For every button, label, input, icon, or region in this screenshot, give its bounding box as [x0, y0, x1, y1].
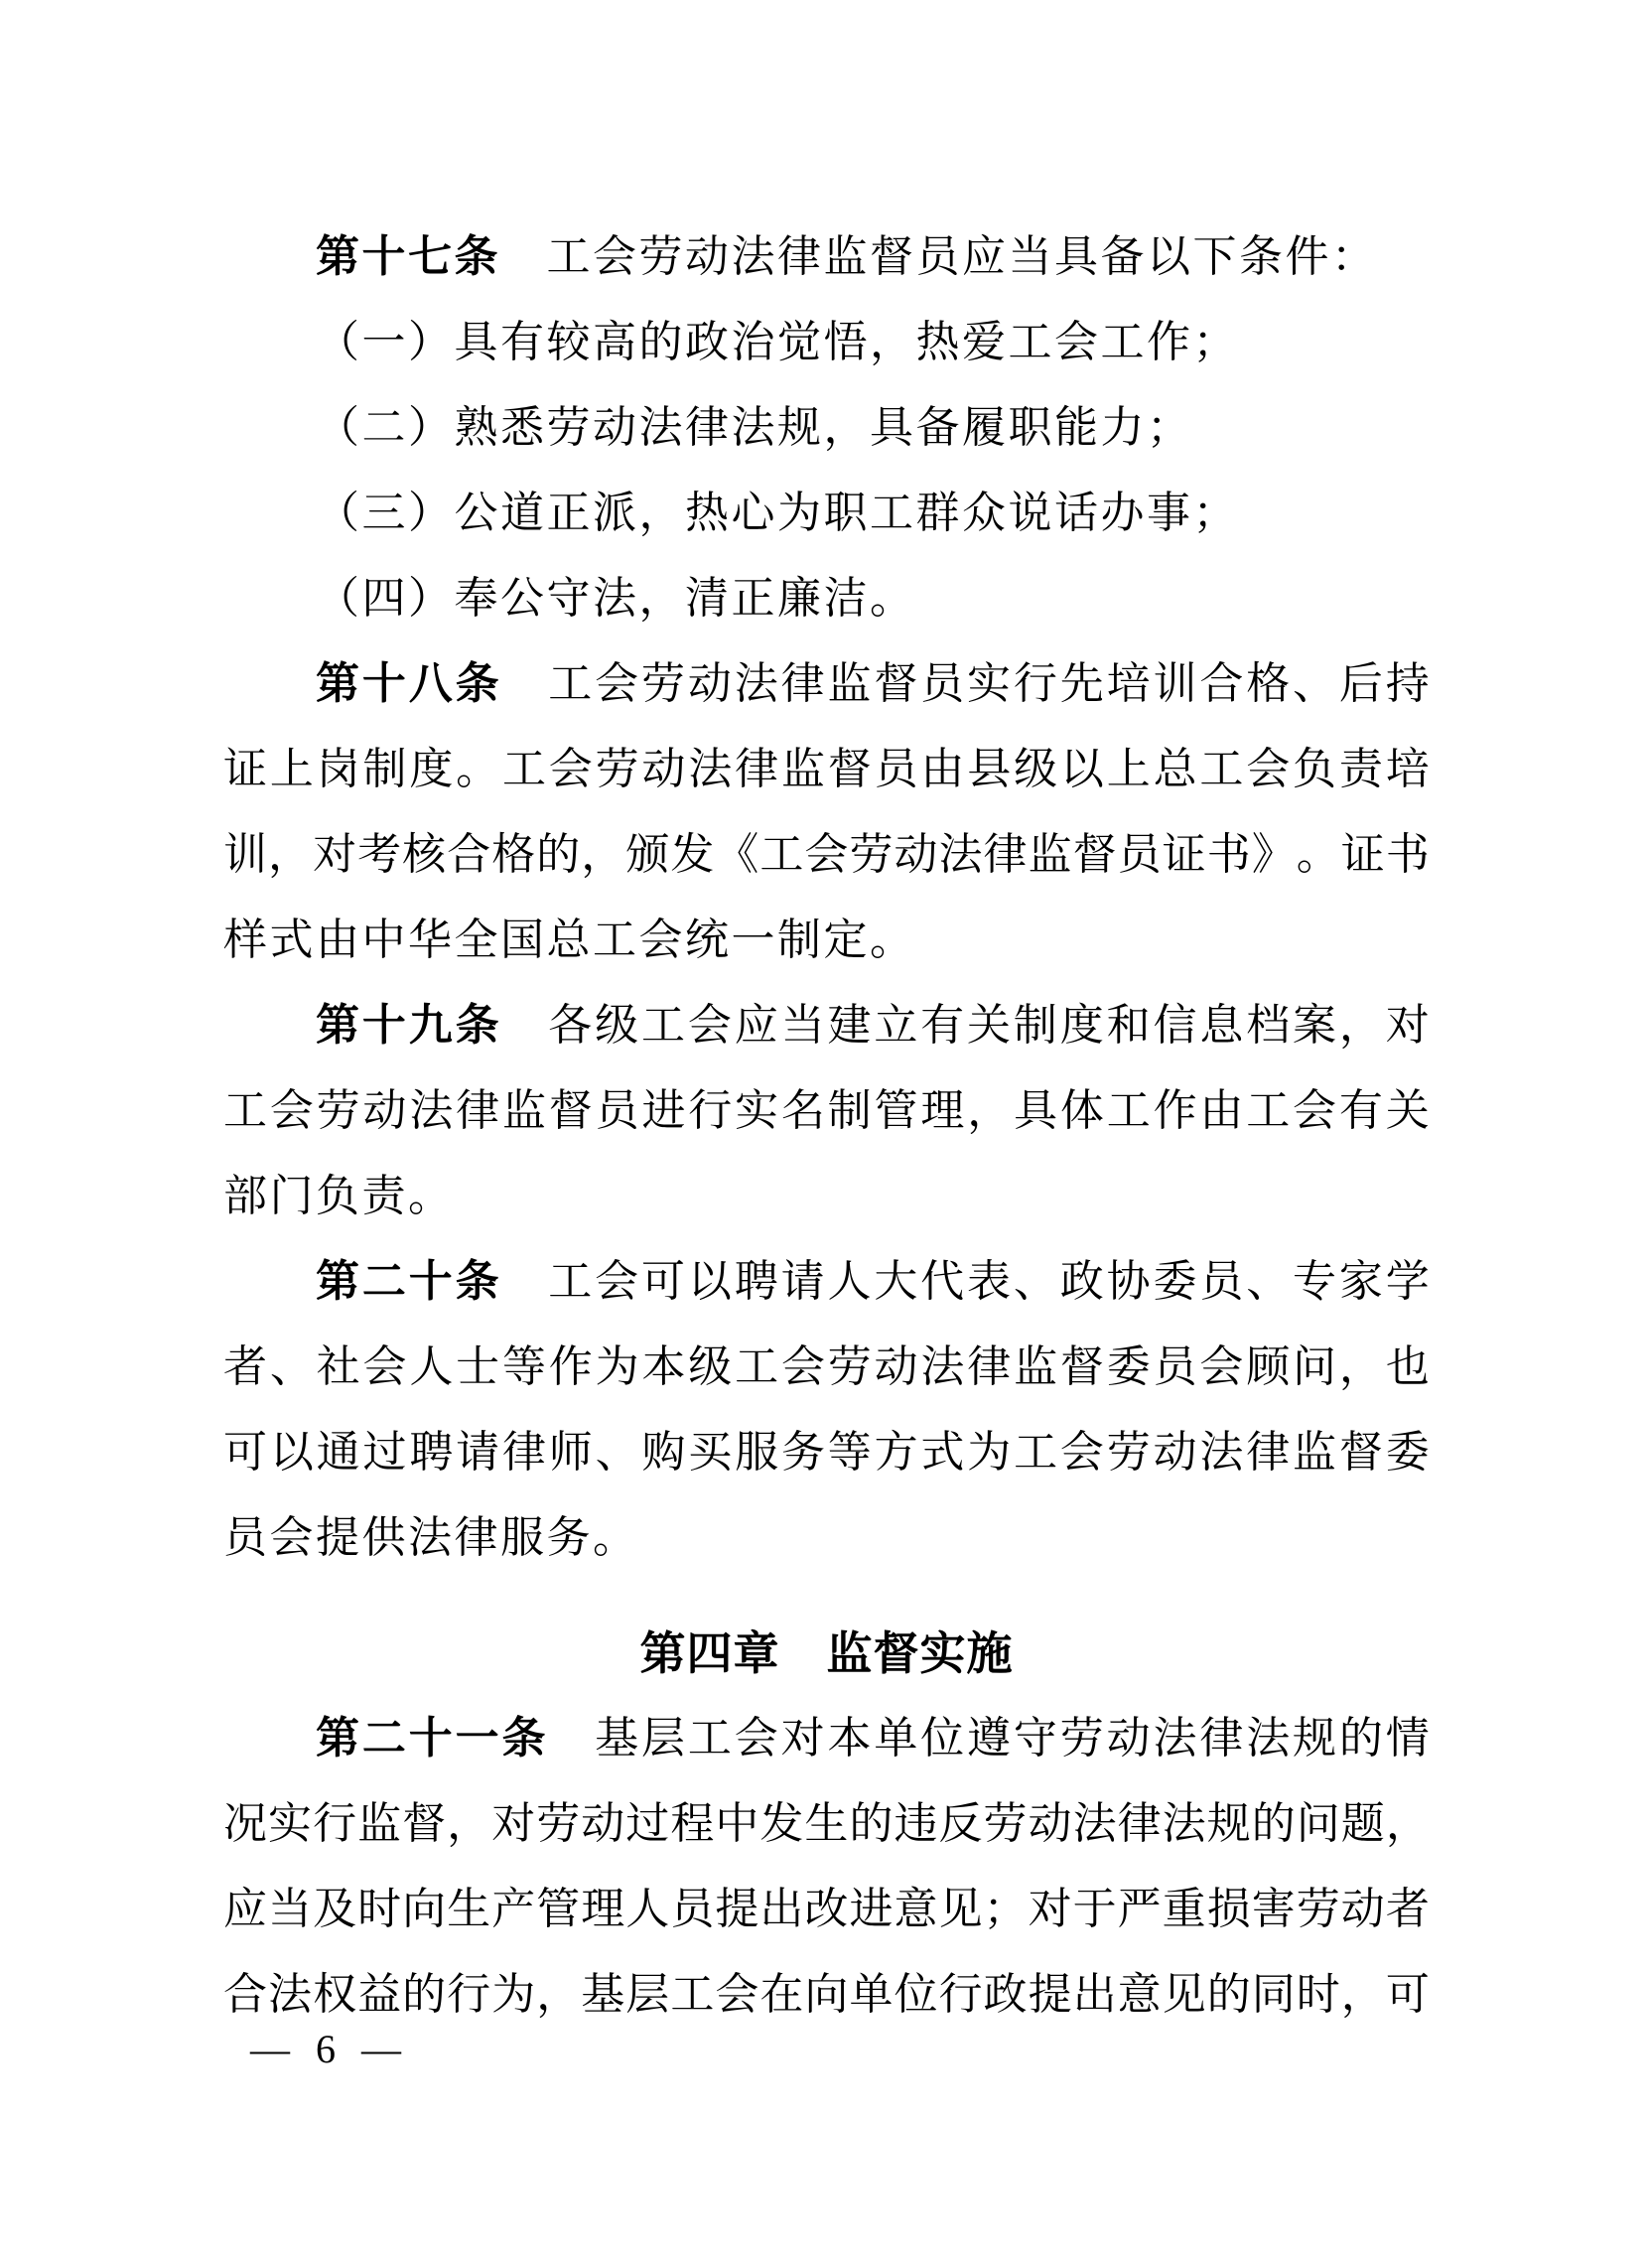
text-char: ， [536, 1952, 580, 2038]
text-char: 劳 [596, 727, 639, 812]
text-char: 法 [920, 1325, 964, 1410]
text-char: 方 [875, 1410, 918, 1495]
text-char: 时 [357, 1867, 401, 1952]
text-char: 同 [1252, 1952, 1296, 2038]
text-char: 法 [735, 641, 778, 727]
text-char: 劳 [1107, 1410, 1151, 1495]
text-char: 应 [735, 983, 778, 1068]
text-char: 代 [920, 1239, 964, 1325]
text-char: ， [967, 1068, 1011, 1154]
text-char: 。 [456, 727, 499, 812]
text-char: 颁 [625, 812, 669, 898]
text-char: 工 [1199, 727, 1243, 812]
text-char: 第 [316, 1239, 359, 1325]
text-char: 员 [1199, 1239, 1243, 1325]
text-char: 督 [1339, 1410, 1383, 1495]
text-char: 委 [1153, 1239, 1196, 1325]
text-line: 第二十条 工会可以聘请人大代表、政协委员、专家学 [223, 1239, 1430, 1325]
text-char: 律 [967, 1325, 1011, 1410]
text-char: 进 [849, 1867, 893, 1952]
text-segment: （三）公道正派，热心为职工群众说话办事； [316, 489, 1239, 537]
text-line: 者、社会人士等作为本级工会劳动法律监督委员会顾问，也 [223, 1325, 1430, 1410]
text-char [501, 641, 545, 727]
text-char: 员 [596, 1068, 639, 1154]
text-char: 法 [409, 1068, 453, 1154]
text-char: 等 [502, 1325, 546, 1410]
text-char: 时 [1297, 1952, 1340, 2038]
text-char: 八 [409, 641, 453, 727]
text-char: 应 [223, 1867, 267, 1952]
text-line: 工会劳动法律监督员进行实名制管理，具体工作由工会有关 [223, 1068, 1430, 1154]
text-char: 二 [362, 1696, 406, 1781]
text-char: 发 [759, 1781, 803, 1867]
text-char: 管 [875, 1068, 918, 1154]
text-line: 第十九条 各级工会应当建立有关制度和信息档案，对 [223, 983, 1430, 1068]
text-char: 律 [1199, 1696, 1243, 1781]
text-char: 的 [849, 1781, 893, 1867]
text-block: 第十七条 工会劳动法律监督员应当具备以下条件：（一）具有较高的政治觉悟，热爱工会… [223, 214, 1430, 2038]
text-char [548, 1696, 592, 1781]
text-char: 者 [1386, 1867, 1430, 1952]
text-char: 制 [828, 1068, 872, 1154]
text-char: 当 [268, 1867, 312, 1952]
text-char: 本 [641, 1325, 685, 1410]
text-char: 动 [581, 1781, 624, 1867]
text-line: 第十八条 工会劳动法律监督员实行先培训合格、后持 [223, 641, 1430, 727]
text-char: 度 [1060, 983, 1104, 1068]
text-segment: （一）具有较高的政治觉悟，热爱工会工作； [316, 318, 1239, 366]
text-char: 动 [362, 1068, 406, 1154]
text-line: 应当及时向生产管理人员提出改进意见；对于严重损害劳动者 [223, 1867, 1430, 1952]
text-char: 工 [223, 1068, 267, 1154]
text-char: 单 [874, 1696, 917, 1781]
text-char: 档 [1246, 983, 1290, 1068]
text-char: 级 [688, 1325, 732, 1410]
text-char: 具 [1014, 1068, 1057, 1154]
text-char: 的 [1207, 1952, 1251, 2038]
text-char: 管 [536, 1867, 580, 1952]
text-char: 发 [670, 812, 714, 898]
text-char: 情 [1386, 1696, 1430, 1781]
text-line: （四）奉公守法，清正廉洁。 [223, 556, 1430, 641]
text-line: 部门负责。 [223, 1154, 1430, 1239]
text-char: 会 [362, 1325, 406, 1410]
text-char: 家 [1339, 1239, 1383, 1325]
text-char: 位 [920, 1696, 964, 1781]
text-char: 员 [1118, 812, 1162, 898]
text-char: 证 [1341, 812, 1385, 898]
text-char: 劳 [536, 1781, 580, 1867]
text-char: 为 [967, 1410, 1011, 1495]
text-char: 、 [1014, 1239, 1057, 1325]
text-char: 工 [548, 1239, 592, 1325]
text-char: 》 [1252, 812, 1296, 898]
text-line: 证上岗制度。工会劳动法律监督员由县级以上总工会负责培 [223, 727, 1430, 812]
text-char: 督 [549, 1068, 593, 1154]
text-char: 监 [357, 1781, 401, 1867]
text-char: 、 [596, 1410, 639, 1495]
page-number: — 6 — [250, 2026, 409, 2073]
text-char: 案 [1293, 983, 1336, 1068]
text-char: 动 [688, 641, 732, 727]
text-char: 在 [759, 1952, 803, 2038]
text-char: 可 [223, 1410, 267, 1495]
text-char: 会 [595, 641, 638, 727]
text-char: 先 [1060, 641, 1104, 727]
text-char: 动 [1107, 1696, 1151, 1781]
text-char: 行 [939, 1952, 983, 2038]
text-char: ， [1339, 983, 1383, 1068]
text-char: 后 [1339, 641, 1383, 727]
text-char: 《 [715, 812, 758, 898]
text-char: 督 [1060, 1325, 1104, 1410]
text-char: 员 [920, 641, 964, 727]
text-char: 有 [920, 983, 964, 1068]
text-char: 及 [313, 1867, 356, 1952]
text-char: 条 [456, 983, 499, 1068]
text-char: 式 [920, 1410, 964, 1495]
text-char: 会 [1060, 1410, 1104, 1495]
text-char: 意 [894, 1867, 937, 1952]
text-char: 会 [688, 983, 732, 1068]
chapter-heading: 第四章 监督实施 [223, 1611, 1430, 1696]
text-char: 劳 [317, 1068, 360, 1154]
text-char: 政 [984, 1952, 1028, 2038]
text-char: 法 [1163, 1781, 1206, 1867]
text-char: 动 [1154, 1410, 1197, 1495]
text-char: 作 [549, 1325, 593, 1410]
text-char: 劳 [1060, 1696, 1104, 1781]
text-char: 遵 [967, 1696, 1011, 1781]
text-char: 、 [270, 1325, 314, 1410]
text-char: 动 [641, 727, 685, 812]
text-char: 规 [1293, 1696, 1336, 1781]
text-segment: 部门负责。 [223, 1172, 455, 1220]
text-char: 会 [735, 1696, 778, 1781]
text-char: 行 [1014, 641, 1057, 727]
text-char: 监 [1293, 1410, 1336, 1495]
text-char: 十 [409, 1239, 453, 1325]
text-char: 书 [1207, 812, 1251, 898]
text-char: 以 [270, 1410, 314, 1495]
text-char: 条 [456, 1239, 499, 1325]
text-char: 体 [1060, 1068, 1104, 1154]
text-char: 工 [548, 641, 592, 727]
text-char: 守 [1014, 1696, 1057, 1781]
text-char: 进 [641, 1068, 685, 1154]
text-char: 也 [1386, 1325, 1430, 1410]
text-char: 劳 [984, 1781, 1028, 1867]
text-char: 理 [581, 1867, 624, 1952]
text-char: 监 [781, 727, 825, 812]
text-char: 提 [715, 1867, 758, 1952]
text-char: 层 [625, 1952, 669, 2038]
text-char: 务 [781, 1410, 825, 1495]
text-char: ， [268, 812, 312, 898]
text-char: 学 [1386, 1239, 1430, 1325]
text-char: 第 [316, 983, 359, 1068]
text-char: 社 [317, 1325, 360, 1410]
text-char: 工 [641, 983, 685, 1068]
text-char: 法 [1199, 1410, 1243, 1495]
text-char: 律 [984, 812, 1028, 898]
text-char: 生 [447, 1867, 490, 1952]
text-char: 督 [874, 641, 917, 727]
text-char: 监 [502, 1068, 546, 1154]
text-char: 第 [316, 1696, 359, 1781]
text-char: 协 [1107, 1239, 1151, 1325]
text-char: 条 [501, 1696, 545, 1781]
text-line: 第十七条 工会劳动法律监督员应当具备以下条件： [223, 214, 1430, 300]
text-char: 信 [1153, 983, 1196, 1068]
text-char: 工 [735, 1325, 778, 1410]
text-char: 可 [641, 1239, 685, 1325]
text-char: 出 [759, 1867, 803, 1952]
text-line: 第二十一条 基层工会对本单位遵守劳动法律法规的情 [223, 1696, 1430, 1781]
text-char: 对 [1386, 983, 1430, 1068]
text-char: 产 [491, 1867, 535, 1952]
text-char: 对 [781, 1696, 825, 1781]
text-char: 工 [759, 812, 803, 898]
text-char: 层 [641, 1696, 685, 1781]
text-char: 。 [1297, 812, 1340, 898]
text-char: 当 [781, 983, 825, 1068]
text-char: 反 [939, 1781, 983, 1867]
text-char: 实 [967, 641, 1011, 727]
text-char: 向 [804, 1952, 848, 2038]
text-char: 法 [1246, 1696, 1290, 1781]
text-char: 规 [1207, 1781, 1251, 1867]
text-char: 法 [1153, 1696, 1196, 1781]
text-char: 会 [549, 727, 593, 812]
text-char: 律 [735, 727, 778, 812]
text-char: 劳 [641, 641, 685, 727]
text-char: 建 [827, 983, 871, 1068]
text-char: ， [581, 812, 624, 898]
text-char: 工 [502, 727, 546, 812]
text-char: 负 [1293, 727, 1336, 812]
text-char: 一 [456, 1696, 499, 1781]
article-number: 第十七条 [316, 232, 500, 281]
text-char: 程 [670, 1781, 714, 1867]
text-char: 人 [827, 1239, 871, 1325]
text-char: 证 [223, 727, 267, 812]
text-char: 法 [1073, 1781, 1117, 1867]
text-char: 培 [1107, 641, 1151, 727]
text-char: 会 [781, 1325, 825, 1410]
text-char [501, 1239, 545, 1325]
text-char: 制 [362, 727, 406, 812]
text-line: （三）公道正派，热心为职工群众说话办事； [223, 471, 1430, 556]
text-char: 律 [502, 1410, 546, 1495]
text-char: 为 [596, 1325, 639, 1410]
text-char: 以 [1060, 727, 1104, 812]
text-char: 工 [688, 1696, 732, 1781]
text-char: 考 [357, 812, 401, 898]
text-char: 培 [1386, 727, 1430, 812]
text-segment: 工会劳动法律监督员应当具备以下条件： [500, 232, 1378, 281]
text-char: 政 [1060, 1239, 1104, 1325]
text-char: 专 [1293, 1239, 1336, 1325]
text-char: 见 [1163, 1952, 1206, 2038]
text-char: ， [447, 1781, 490, 1867]
text-char: ， [1339, 1325, 1383, 1410]
text-char: 顾 [1246, 1325, 1290, 1410]
text-char: 监 [827, 641, 871, 727]
text-char: 律 [781, 641, 825, 727]
text-char: 基 [581, 1952, 624, 2038]
text-char: 合 [1199, 641, 1243, 727]
text-char: 会 [270, 1068, 314, 1154]
text-char: 作 [1154, 1068, 1197, 1154]
text-char: 聘 [735, 1239, 778, 1325]
text-segment: （二）熟悉劳动法律法规，具备履职能力； [316, 403, 1193, 452]
text-char: 训 [223, 812, 267, 898]
document-page: 第十七条 工会劳动法律监督员应当具备以下条件：（一）具有较高的政治觉悟，热爱工会… [0, 0, 1652, 2256]
text-char: 单 [849, 1952, 893, 2038]
text-char: ， [1386, 1781, 1430, 1867]
text-char: 和 [1107, 983, 1151, 1068]
text-char: 的 [1339, 1696, 1383, 1781]
text-char: 购 [641, 1410, 685, 1495]
text-char: 由 [1199, 1068, 1243, 1154]
text-char: 问 [1293, 1325, 1336, 1410]
text-char: 行 [447, 1952, 490, 2038]
text-char: 法 [688, 727, 732, 812]
text-char: 提 [1029, 1952, 1072, 2038]
text-char: 会 [1293, 1068, 1336, 1154]
text-char: 十 [362, 641, 406, 727]
text-segment: （四）奉公守法，清正廉洁。 [316, 574, 916, 623]
text-char: 合 [447, 812, 490, 898]
text-char: 行 [313, 1781, 356, 1867]
text-char: 十 [409, 1696, 453, 1781]
text-char: 律 [1246, 1410, 1290, 1495]
text-char: 改 [804, 1867, 848, 1952]
text-char: 督 [828, 727, 872, 812]
text-char: 训 [1153, 641, 1196, 727]
text-char: 会 [804, 812, 848, 898]
text-char: 工 [1107, 1068, 1151, 1154]
text-char: 委 [1386, 1410, 1430, 1495]
text-char: 生 [804, 1781, 848, 1867]
text-char: 违 [894, 1781, 937, 1867]
text-char: 员 [875, 727, 918, 812]
text-char: 法 [939, 812, 983, 898]
text-char: 向 [402, 1867, 446, 1952]
text-char: 对 [313, 812, 356, 898]
text-char: 监 [1014, 1325, 1057, 1410]
text-char: 见 [939, 1867, 983, 1952]
text-char: 过 [362, 1410, 406, 1495]
text-char: 大 [874, 1239, 917, 1325]
text-char: 员 [670, 1867, 714, 1952]
text-char: 劳 [849, 812, 893, 898]
text-char: ； [984, 1867, 1028, 1952]
text-char: 名 [781, 1068, 825, 1154]
text-char: 第 [316, 641, 359, 727]
text-char: 的 [536, 812, 580, 898]
text-char: 格 [1246, 641, 1290, 727]
text-char: ， [1341, 1952, 1385, 2038]
text-char: 的 [1252, 1781, 1296, 1867]
text-char: 度 [409, 727, 453, 812]
text-char: 对 [491, 1781, 535, 1867]
text-char: 九 [409, 983, 453, 1068]
text-char: 人 [409, 1325, 453, 1410]
text-char: 动 [1341, 1867, 1385, 1952]
text-char: 买 [688, 1410, 732, 1495]
text-char: 者 [223, 1325, 267, 1410]
text-char: 严 [1118, 1867, 1162, 1952]
text-char: 级 [1014, 727, 1057, 812]
text-char: 关 [967, 983, 1011, 1068]
text-char: 、 [1246, 1239, 1290, 1325]
text-line: （二）熟悉劳动法律法规，具备履职能力； [223, 385, 1430, 471]
text-char: 对 [1029, 1867, 1072, 1952]
text-char: 以 [688, 1239, 732, 1325]
text-char: 关 [1386, 1068, 1430, 1154]
text-char: 人 [625, 1867, 669, 1952]
text-char: 动 [1029, 1781, 1072, 1867]
text-char: 为 [491, 1952, 535, 2038]
text-char: 请 [781, 1239, 825, 1325]
text-char: 各 [548, 983, 592, 1068]
text-char: 、 [1293, 641, 1336, 727]
text-line: （一）具有较高的政治觉悟，热爱工会工作； [223, 300, 1430, 385]
text-char: 律 [1118, 1781, 1162, 1867]
text-char: 上 [1107, 727, 1151, 812]
text-char: 督 [1073, 812, 1117, 898]
text-char: 动 [875, 1325, 918, 1410]
text-char: 条 [456, 641, 499, 727]
text-char: 二 [362, 1239, 406, 1325]
text-char: 过 [625, 1781, 669, 1867]
text-char: 证 [1163, 812, 1206, 898]
text-char: 于 [1073, 1867, 1117, 1952]
text-char: 会 [595, 1239, 638, 1325]
text-char: 实 [735, 1068, 778, 1154]
text-char: 重 [1163, 1867, 1206, 1952]
text-char: 出 [1073, 1952, 1117, 2038]
text-char: 实 [268, 1781, 312, 1867]
text-char: 动 [894, 812, 937, 898]
text-char: 格 [491, 812, 535, 898]
text-char: 员 [1154, 1325, 1197, 1410]
text-line: 样式由中华全国总工会统一制定。 [223, 898, 1430, 983]
text-char: 息 [1199, 983, 1243, 1068]
text-char: 通 [317, 1410, 360, 1495]
text-char [501, 983, 545, 1068]
text-char: 中 [715, 1781, 758, 1867]
text-char: 劳 [1297, 1867, 1340, 1952]
text-char: 委 [1107, 1325, 1151, 1410]
text-char: 持 [1386, 641, 1430, 727]
text-char: 制 [1014, 983, 1057, 1068]
text-char: 书 [1386, 812, 1430, 898]
text-char: 县 [967, 727, 1011, 812]
text-char: 核 [402, 812, 446, 898]
text-char: 聘 [409, 1410, 453, 1495]
text-char: 请 [456, 1410, 499, 1495]
text-segment: 员会提供法律服务。 [223, 1513, 639, 1562]
text-char: 督 [402, 1781, 446, 1867]
text-char: 责 [1339, 727, 1383, 812]
text-char: 工 [1014, 1410, 1057, 1495]
text-char: 基 [595, 1696, 638, 1781]
text-char: 级 [595, 983, 638, 1068]
text-char: 可 [1386, 1952, 1430, 2038]
